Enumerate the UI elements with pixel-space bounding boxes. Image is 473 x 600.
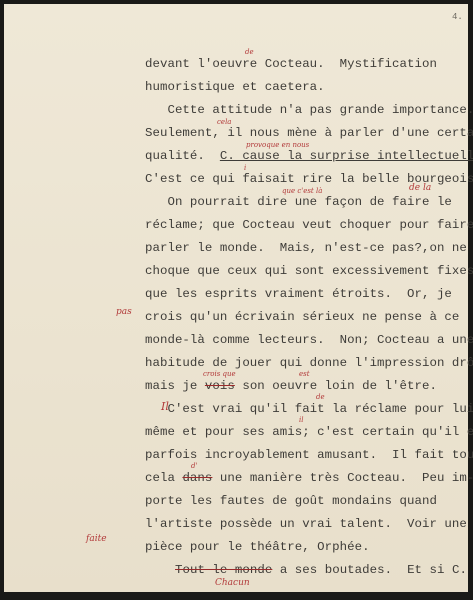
annotation-crois-que: crois que <box>203 370 236 378</box>
struck-word: dans <box>182 471 212 485</box>
text-line: monde-là comme lecteurs. Non; Cocteau a … <box>145 333 473 347</box>
text-line: réclame; que Cocteau veut choquer pour f… <box>145 218 473 232</box>
annotation-provoque: provoque en nous <box>246 141 309 149</box>
text-line: Cette attitude n'a pas grande importance… <box>145 103 473 117</box>
annotation-que-cest-la: que c'est là <box>282 187 322 195</box>
text-line: cela dans une manière très Cocteau. Peu … <box>145 471 473 485</box>
annotation-cela: cela <box>217 118 231 126</box>
text-segment: une manière très Cocteau. Peu im- <box>212 471 473 485</box>
text-line: porte les fautes de goût mondains quand <box>145 494 437 508</box>
text-line: parfois incroyablement amusant. Il fait … <box>145 448 473 462</box>
underlined-phrase: C. cause la surprise intellectuelle <box>220 149 473 163</box>
text-line: parler le monde. Mais, n'est-ce pas?,on … <box>145 241 467 255</box>
annotation-pas: pas <box>116 307 132 317</box>
text-line: devant l'oeuvre Cocteau. Mystification <box>145 57 437 71</box>
annotation-d: d' <box>191 462 197 470</box>
annotation-il: il <box>299 416 303 424</box>
text-line: C'est vrai qu'il fait la réclame pour lu… <box>145 402 473 416</box>
annotation-chacun: Chacun <box>215 578 250 588</box>
text-line: l'artiste possède un vrai talent. Voir u… <box>145 517 467 531</box>
annotation-Il: Il <box>161 400 169 413</box>
text-line: pièce pour le théâtre, Orphée. <box>145 540 370 554</box>
text-line: choque que ceux qui sont excessivement f… <box>145 264 473 278</box>
page-number: 4. <box>452 12 463 22</box>
annotation-est: est <box>299 370 310 378</box>
text-line: Seulement, il nous mène à parler d'une c… <box>145 126 473 140</box>
text-line: On pourrait dire une façon de faire le <box>145 195 452 209</box>
text-line: habitude de jouer qui donne l'impression… <box>145 356 473 370</box>
annotation-de-la: de la <box>409 183 431 193</box>
struck-word: vois <box>205 379 235 393</box>
annotation-de-2: de <box>316 393 325 401</box>
manuscript-page: 4. devant l'oeuvre Cocteau. Mystificatio… <box>4 4 468 592</box>
text-segment: son oeuvre loin de l'être. <box>235 379 437 393</box>
text-line: qualité. C. cause la surprise intellectu… <box>145 149 473 163</box>
text-segment: a ses boutades. Et si C. <box>272 563 467 577</box>
text-line: mais je vois son oeuvre loin de l'être. <box>145 379 437 393</box>
text-segment: qualité. <box>145 149 220 163</box>
text-line: que les esprits vraiment étroits. Or, je <box>145 287 452 301</box>
annotation-de: de <box>245 48 254 56</box>
annotation-i: i <box>244 164 246 172</box>
struck-phrase: Tout le monde <box>175 563 272 577</box>
text-segment: cela <box>145 471 182 485</box>
text-line: humoristique et caetera. <box>145 80 325 94</box>
text-segment: mais je <box>145 379 205 393</box>
text-line: crois qu'un écrivain sérieux ne pense à … <box>145 310 459 324</box>
text-line: même et pour ses amis; c'est certain qu'… <box>145 425 473 439</box>
text-line: Tout le monde a ses boutades. Et si C. <box>175 563 467 577</box>
annotation-faite: faite <box>86 534 107 544</box>
